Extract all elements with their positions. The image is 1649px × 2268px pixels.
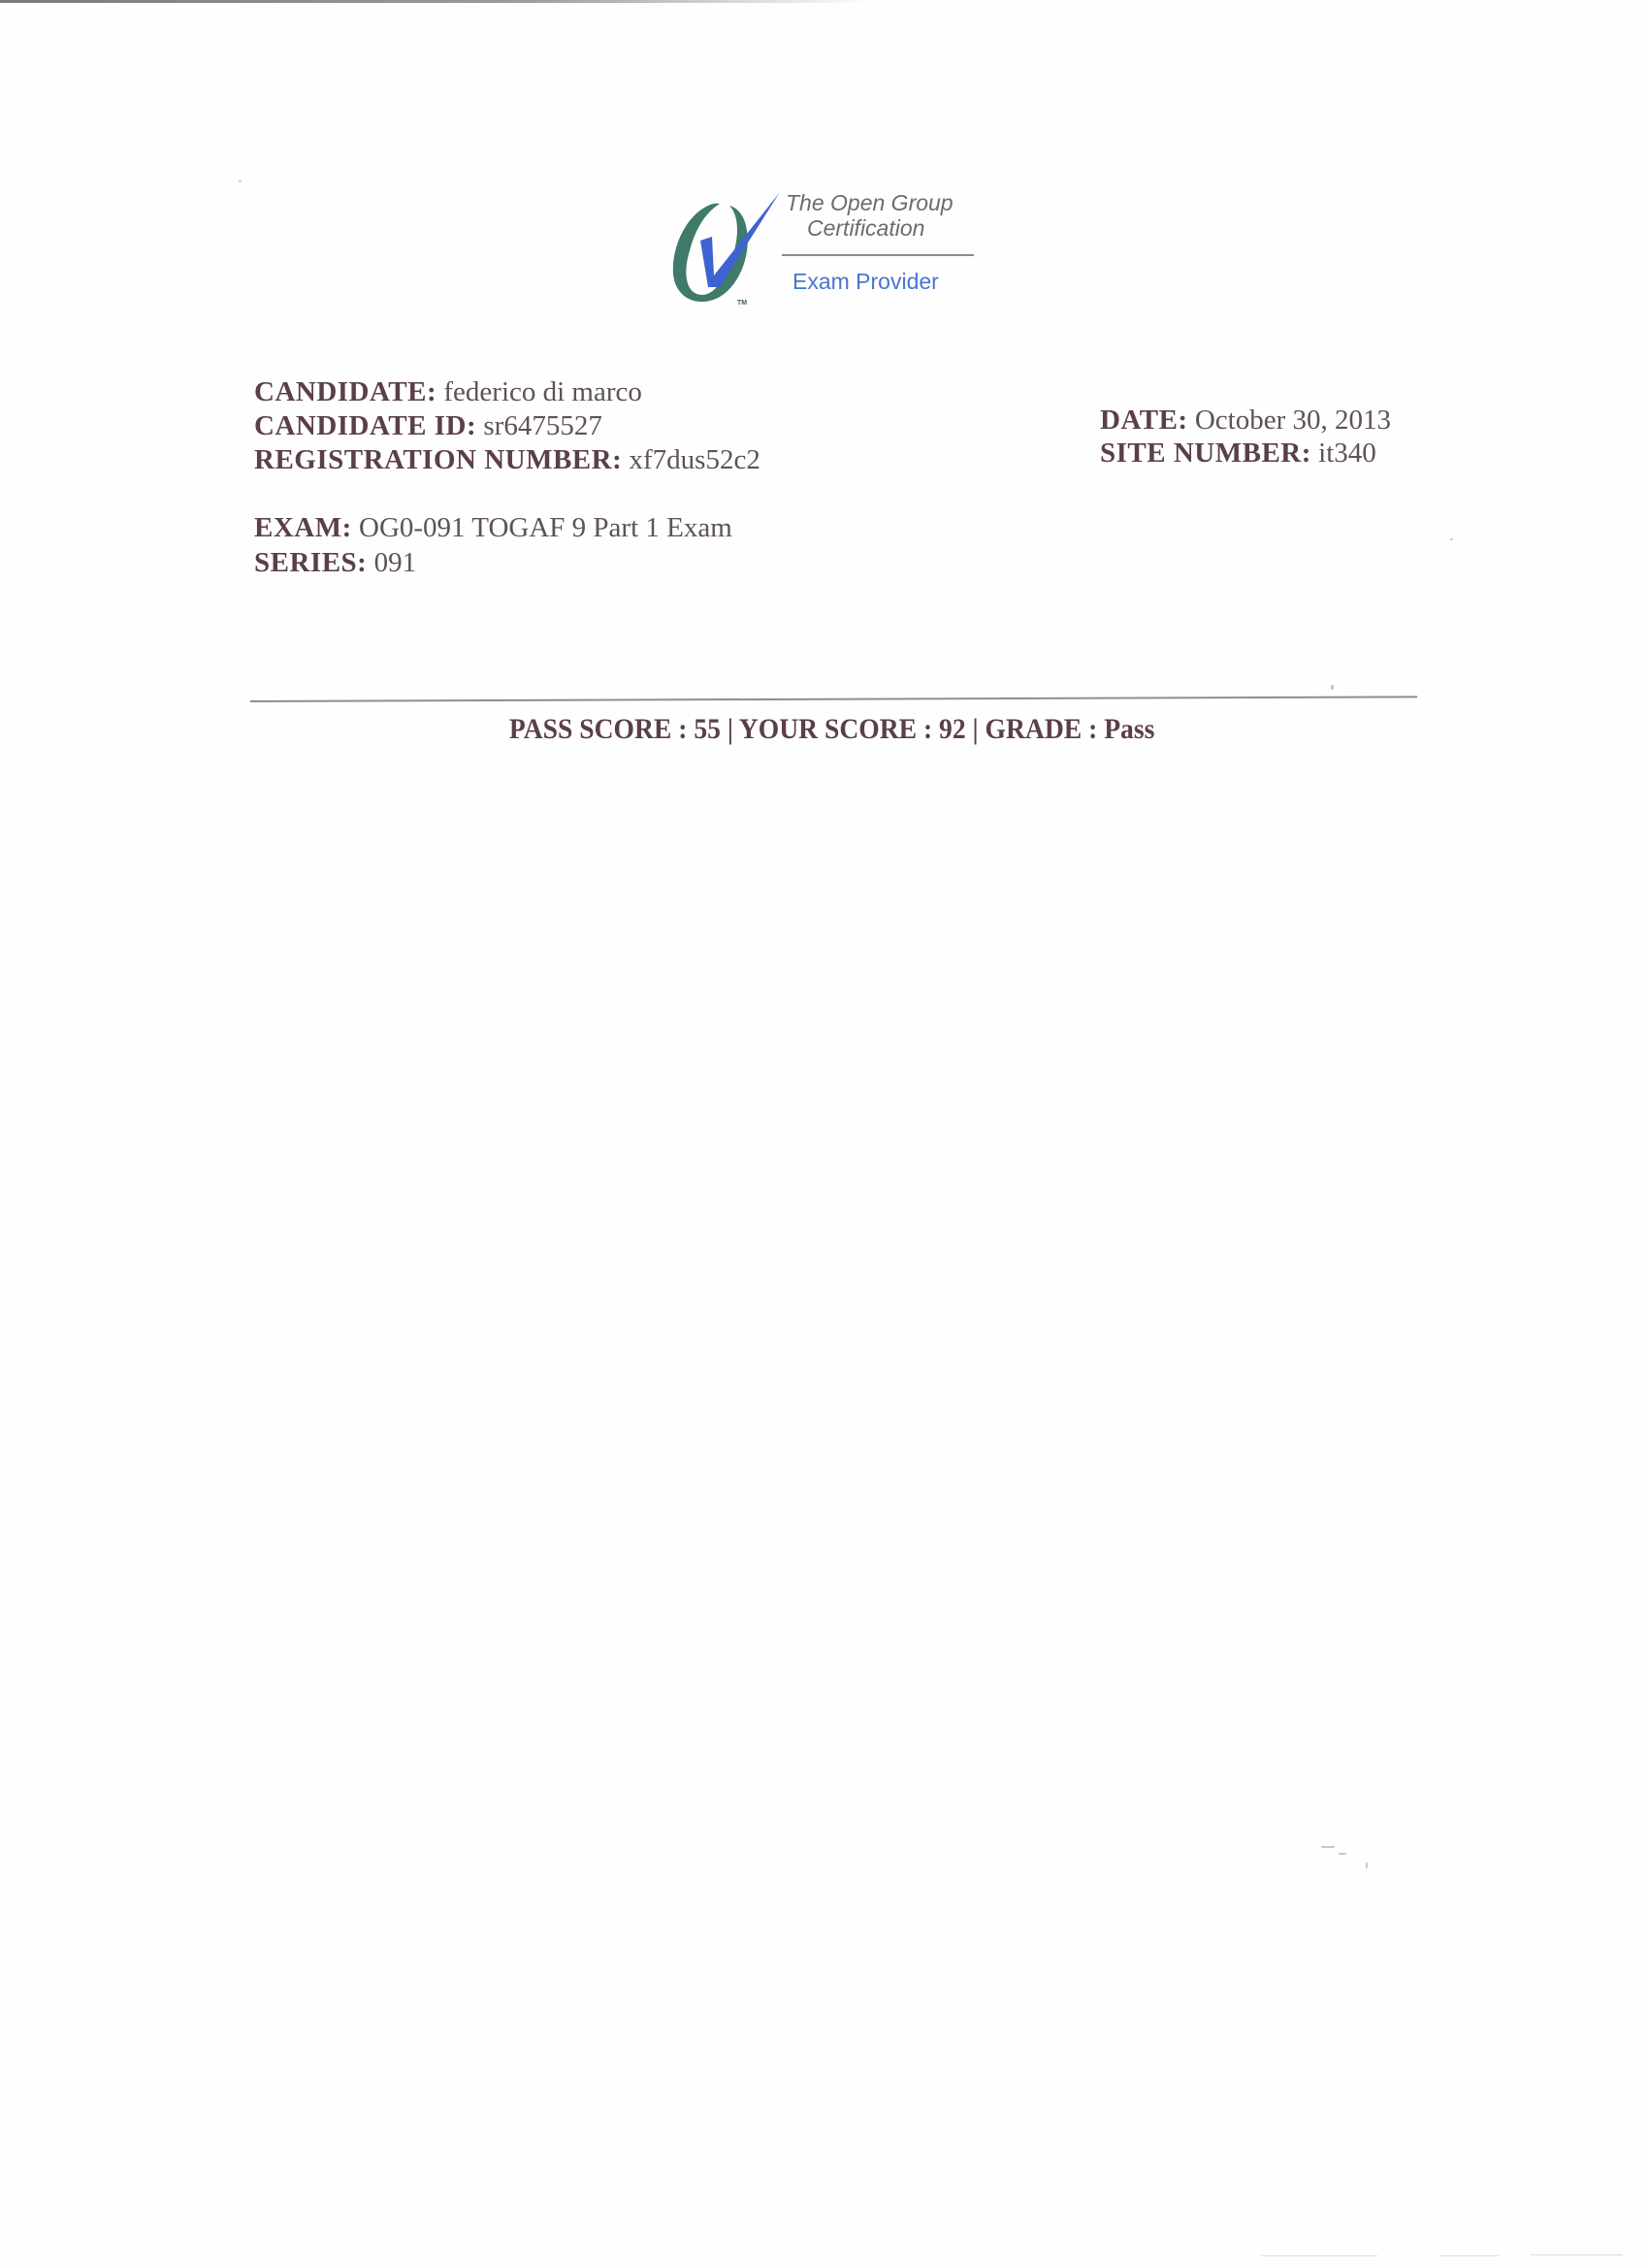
scan-edge-artifact <box>0 0 873 3</box>
exam-label: EXAM: <box>254 512 352 543</box>
candidate-name-value: federico di marco <box>443 376 642 407</box>
registration-number-field: REGISTRATION NUMBER: xf7dus52c2 <box>254 444 760 476</box>
logo-exam-provider: Exam Provider <box>792 269 939 295</box>
scan-speck <box>1450 538 1453 540</box>
site-number-field: SITE NUMBER: it340 <box>1100 437 1376 470</box>
scan-speck <box>239 180 242 182</box>
date-field: DATE: October 30, 2013 <box>1100 405 1391 437</box>
scan-speck <box>1331 685 1334 690</box>
candidate-id-label: CANDIDATE ID: <box>254 410 476 441</box>
scan-speck <box>1366 1863 1368 1868</box>
series-label: SERIES: <box>254 547 367 578</box>
scan-edge-artifact <box>1440 2255 1499 2256</box>
open-group-certification-logo: TM The Open Group Certification Exam Pro… <box>665 186 986 312</box>
scan-speck <box>1339 1853 1346 1855</box>
candidate-name-label: CANDIDATE: <box>254 376 436 407</box>
score-summary-text: PASS SCORE : 55 | YOUR SCORE : 92 | GRAD… <box>509 713 1154 746</box>
candidate-name-field: CANDIDATE: federico di marco <box>254 376 642 408</box>
svg-text:TM: TM <box>737 300 747 307</box>
series-value: 091 <box>374 547 417 578</box>
exam-field: EXAM: OG0-091 TOGAF 9 Part 1 Exam <box>254 512 732 544</box>
exam-value: OG0-091 TOGAF 9 Part 1 Exam <box>359 512 732 543</box>
candidate-id-field: CANDIDATE ID: sr6475527 <box>254 410 602 442</box>
score-summary: PASS SCORE : 55 | YOUR SCORE : 92 | GRAD… <box>0 713 1649 746</box>
site-number-value: it340 <box>1318 437 1376 469</box>
registration-number-value: xf7dus52c2 <box>630 444 760 475</box>
section-divider <box>250 696 1417 702</box>
date-value: October 30, 2013 <box>1195 405 1391 436</box>
scan-speck <box>1321 1846 1335 1848</box>
date-label: DATE: <box>1100 405 1188 436</box>
scan-edge-artifact <box>1531 2254 1623 2255</box>
scan-edge-artifact <box>1261 2255 1377 2256</box>
logo-divider <box>782 254 974 256</box>
site-number-label: SITE NUMBER: <box>1100 437 1311 469</box>
logo-line-2: Certification <box>807 215 924 242</box>
registration-number-label: REGISTRATION NUMBER: <box>254 444 622 475</box>
logo-line-1: The Open Group <box>786 190 954 216</box>
series-field: SERIES: 091 <box>254 547 416 579</box>
checkmark-o-logo-icon: TM <box>665 186 782 310</box>
candidate-id-value: sr6475527 <box>483 410 601 441</box>
